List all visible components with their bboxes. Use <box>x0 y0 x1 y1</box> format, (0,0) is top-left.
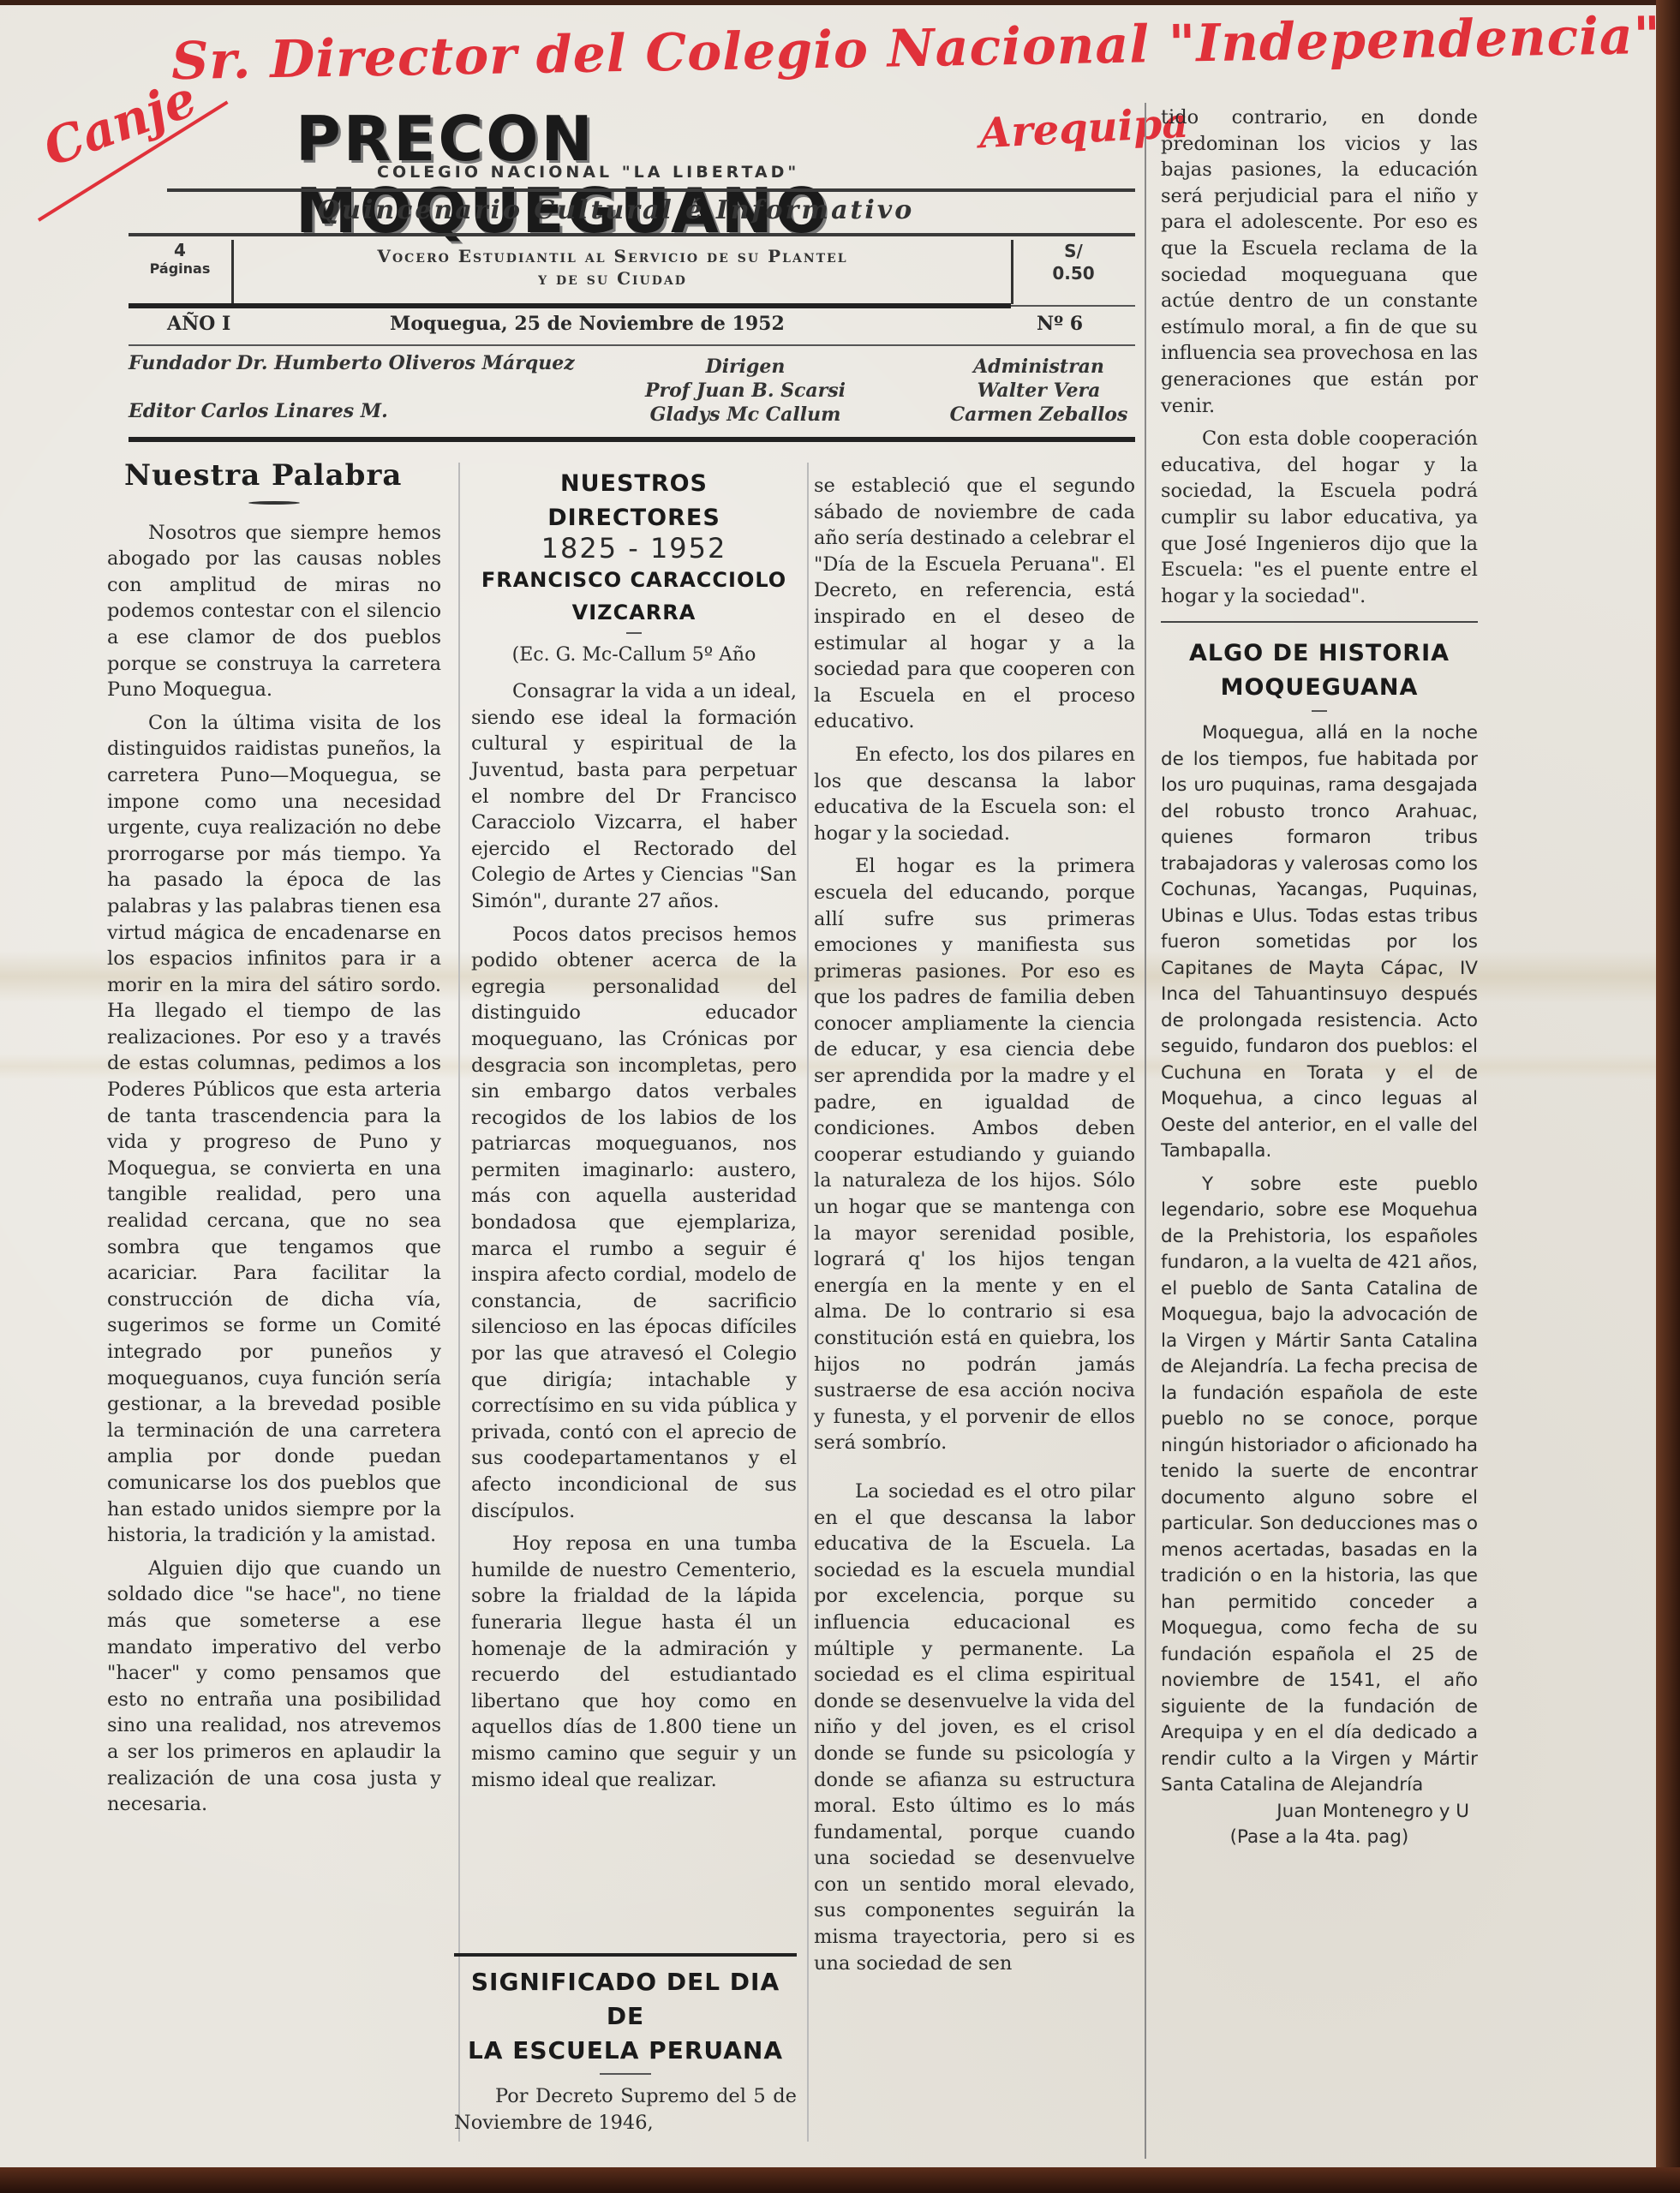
editor-credit: Editor Carlos Linares M. <box>129 399 388 423</box>
article-subject: VIZCARRA <box>471 598 797 627</box>
article-title: ALGO DE HISTORIA <box>1161 636 1478 671</box>
founder-credit: Fundador Dr. Humberto Oliveros Márquez <box>129 351 575 375</box>
article-paragraph: Consagrar la vida a un ideal, siendo ese… <box>471 678 797 914</box>
pages-count: 4 <box>129 240 231 260</box>
dash-divider <box>1312 710 1327 712</box>
article-paragraph: En efecto, los dos pilares en los que de… <box>814 742 1135 846</box>
article-title: Nuestra Palabra <box>107 463 441 489</box>
masthead-rule <box>129 303 1011 308</box>
article-paragraph: Por Decreto Supremo del 5 de Noviembre d… <box>454 2083 797 2136</box>
article-paragraph: Pocos datos precisos hemos podido obtene… <box>471 922 797 1525</box>
dash-divider <box>600 2073 651 2075</box>
article-title: LA ESCUELA PERUANA <box>454 2034 797 2068</box>
article-title: SIGNIFICADO DEL DIA DE <box>454 1965 797 2034</box>
administran-block: Administran Walter Vera Carmen Zeballos <box>942 355 1135 427</box>
article-nuestra-palabra: Nuestra Palabra Nosotros que siempre hem… <box>107 463 441 1818</box>
column-divider <box>458 463 460 2142</box>
administran-name: Carmen Zeballos <box>942 403 1135 427</box>
article-paragraph: Con la última visita de los distinguidos… <box>107 710 441 1549</box>
article-years: 1825 - 1952 <box>471 535 797 562</box>
section-rule <box>454 1953 797 1957</box>
pages-label: Páginas <box>129 260 231 277</box>
wood-background <box>1656 0 1680 2193</box>
masthead-rule <box>129 344 1135 346</box>
section-rule <box>1161 621 1478 623</box>
vocero-line: Vocero Estudiantil al Servicio de su Pla… <box>240 245 985 290</box>
dirigen-name: Gladys Mc Callum <box>638 403 852 427</box>
vocero-line-2: y de su Ciudad <box>240 267 985 290</box>
price-currency: S/ <box>1013 240 1133 262</box>
dash-divider <box>626 632 642 634</box>
administran-name: Walter Vera <box>942 379 1135 403</box>
article-paragraph: Hoy reposa en una tumba humilde de nuest… <box>471 1531 797 1793</box>
article-nuestros-directores: NUESTROS DIRECTORES 1825 - 1952 FRANCISC… <box>471 467 797 1793</box>
tagline: Quincenario Cultural é Informativo <box>317 195 914 225</box>
administran-label: Administran <box>942 355 1135 379</box>
article-paragraph: Alguien dijo que cuando un soldado dice … <box>107 1556 441 1818</box>
article-title: MOQUEGUANA <box>1161 671 1478 705</box>
article-title: NUESTROS DIRECTORES <box>471 467 797 535</box>
masthead-rule <box>129 233 1135 236</box>
issue-number: Nº 6 <box>1037 313 1083 335</box>
masthead-rule <box>167 188 1135 192</box>
pages-box: 4 Páginas <box>129 240 234 304</box>
masthead-rule <box>1011 305 1135 307</box>
article-significado-continued: se estableció que el segundo sábado de n… <box>814 473 1135 1976</box>
column-divider <box>1145 103 1146 2159</box>
article-algo-de-historia: Moquegua, allá en la noche de los tiempo… <box>1161 720 1478 1851</box>
vocero-line-1: Vocero Estudiantil al Servicio de su Pla… <box>240 245 985 267</box>
article-significado-end: tido contrario, en donde predominan los … <box>1161 105 1478 1851</box>
column-divider <box>807 463 809 2142</box>
article-paragraph: tido contrario, en donde predominan los … <box>1161 105 1478 419</box>
year-label: AÑO I <box>167 313 230 335</box>
price-box: S/ 0.50 <box>1011 240 1133 304</box>
article-significado-start: SIGNIFICADO DEL DIA DE LA ESCUELA PERUAN… <box>454 1953 797 2136</box>
article-signature: Juan Montenegro y U <box>1161 1799 1478 1826</box>
article-paragraph: se estableció que el segundo sábado de n… <box>814 473 1135 735</box>
article-paragraph: Moquegua, allá en la noche de los tiempo… <box>1161 720 1478 1165</box>
school-name: COLEGIO NACIONAL "LA LIBERTAD" <box>377 163 799 182</box>
article-paragraph: El hogar es la primera escuela del educa… <box>814 853 1135 1456</box>
article-paragraph: La sociedad es el otro pilar en el que d… <box>814 1479 1135 1976</box>
article-paragraph: Con esta doble cooperación educativa, de… <box>1161 426 1478 609</box>
dirigen-name: Prof Juan B. Scarsi <box>638 379 852 403</box>
dirigen-block: Dirigen Prof Juan B. Scarsi Gladys Mc Ca… <box>638 355 852 427</box>
issue-date: Moquegua, 25 de Noviembre de 1952 <box>390 313 785 335</box>
price-value: 0.50 <box>1013 262 1133 284</box>
continued-note: (Pase a la 4ta. pag) <box>1161 1825 1478 1851</box>
wood-background <box>0 2167 1680 2193</box>
ornament-divider-icon <box>248 501 300 505</box>
article-byline: (Ec. G. Mc-Callum 5º Año <box>471 642 797 669</box>
article-paragraph: Y sobre este pueblo legendario, sobre es… <box>1161 1172 1478 1799</box>
masthead-bottom-rule <box>129 437 1135 442</box>
dirigen-label: Dirigen <box>638 355 852 379</box>
article-subject: FRANCISCO CARACCIOLO <box>471 562 797 598</box>
article-paragraph: Nosotros que siempre hemos abogado por l… <box>107 520 441 703</box>
